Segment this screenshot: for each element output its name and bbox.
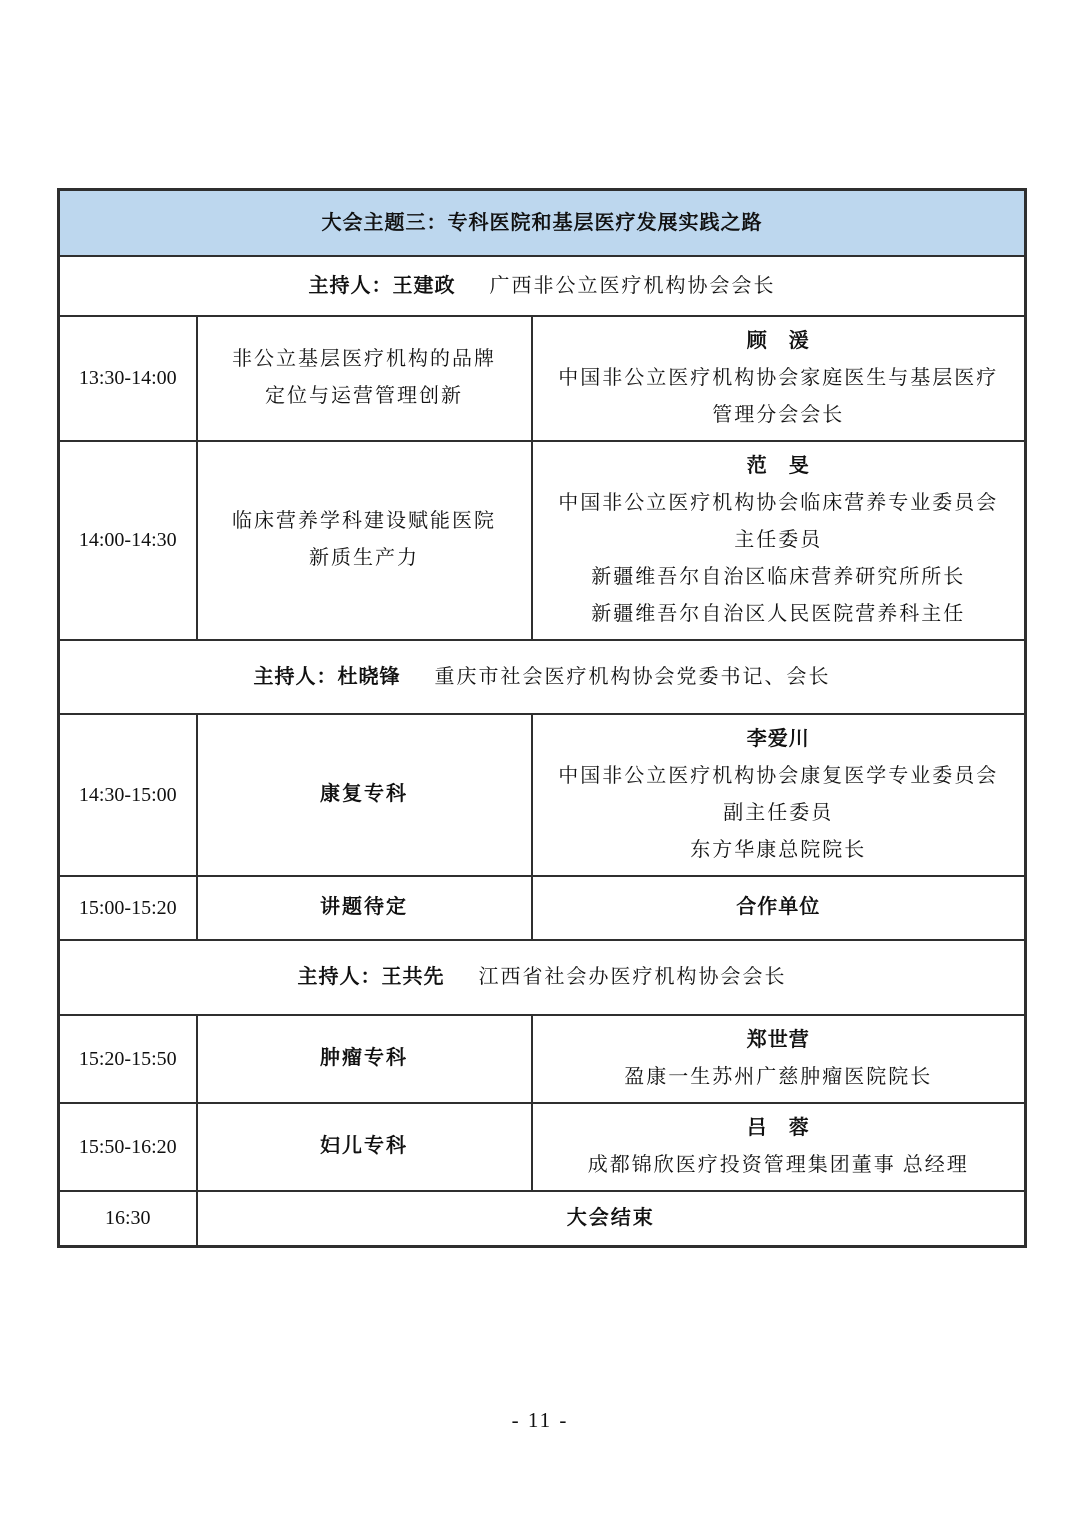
page-number: - 11 - bbox=[0, 1408, 1080, 1433]
topic-line: 临床营养学科建设赋能医院 bbox=[208, 503, 521, 540]
speaker-name: 范 旻 bbox=[543, 448, 1015, 485]
table-row-session: 15:00-15:20讲题待定合作单位 bbox=[59, 876, 1026, 940]
moderator-affiliation: 江西省社会办医疗机构协会会长 bbox=[479, 959, 787, 995]
speaker-cell: 范 旻中国非公立医疗机构协会临床营养专业委员会主任委员新疆维吾尔自治区临床营养研… bbox=[532, 441, 1026, 640]
time-cell: 14:00-14:30 bbox=[59, 441, 197, 640]
speaker-cell: 合作单位 bbox=[532, 876, 1026, 940]
speaker-affiliation-line: 东方华康总院院长 bbox=[543, 832, 1015, 869]
speaker-name: 郑世营 bbox=[543, 1022, 1015, 1059]
time-cell: 13:30-14:00 bbox=[59, 316, 197, 441]
moderator-cell: 主持人：王共先江西省社会办医疗机构协会会长 bbox=[59, 940, 1026, 1015]
speaker-affiliation-line: 成都锦欣医疗投资管理集团董事 总经理 bbox=[543, 1147, 1015, 1184]
speaker-cell: 李爱川中国非公立医疗机构协会康复医学专业委员会副主任委员东方华康总院院长 bbox=[532, 714, 1026, 876]
moderator-cell: 主持人：杜晓锋重庆市社会医疗机构协会党委书记、会长 bbox=[59, 640, 1026, 714]
document-page: 大会主题三：专科医院和基层医疗发展实践之路主持人：王建政广西非公立医疗机构协会会… bbox=[0, 0, 1080, 1527]
table-row-session: 13:30-14:00非公立基层医疗机构的品牌定位与运营管理创新顾 湲中国非公立… bbox=[59, 316, 1026, 441]
speaker-cell: 顾 湲中国非公立医疗机构协会家庭医生与基层医疗管理分会会长 bbox=[532, 316, 1026, 441]
table-row-session: 15:20-15:50肿瘤专科郑世营盈康一生苏州广慈肿瘤医院院长 bbox=[59, 1015, 1026, 1103]
moderator-line: 主持人：王建政广西非公立医疗机构协会会长 bbox=[70, 268, 1014, 304]
table-row-moderator: 主持人：王建政广西非公立医疗机构协会会长 bbox=[59, 256, 1026, 316]
moderator-name: 主持人：杜晓锋 bbox=[254, 659, 401, 695]
agenda-title-text: 大会主题三：专科医院和基层医疗发展实践之路 bbox=[70, 205, 1014, 241]
topic-line: 定位与运营管理创新 bbox=[208, 378, 521, 415]
speaker-affiliation-line: 新疆维吾尔自治区临床营养研究所所长 bbox=[543, 559, 1015, 596]
topic-cell: 妇儿专科 bbox=[197, 1103, 532, 1191]
moderator-affiliation: 重庆市社会医疗机构协会党委书记、会长 bbox=[435, 659, 831, 695]
table-row-moderator: 主持人：王共先江西省社会办医疗机构协会会长 bbox=[59, 940, 1026, 1015]
speaker-affiliation-line: 管理分会会长 bbox=[543, 397, 1015, 434]
moderator-name: 主持人：王建政 bbox=[309, 268, 456, 304]
table-row-end: 16:30大会结束 bbox=[59, 1191, 1026, 1247]
moderator-name: 主持人：王共先 bbox=[298, 959, 445, 995]
agenda-table: 大会主题三：专科医院和基层医疗发展实践之路主持人：王建政广西非公立医疗机构协会会… bbox=[57, 188, 1027, 1248]
topic-line: 非公立基层医疗机构的品牌 bbox=[208, 341, 521, 378]
time-cell: 15:00-15:20 bbox=[59, 876, 197, 940]
agenda-title-cell: 大会主题三：专科医院和基层医疗发展实践之路 bbox=[59, 190, 1026, 256]
speaker-name: 合作单位 bbox=[543, 889, 1015, 926]
topic-line: 讲题待定 bbox=[208, 889, 521, 926]
speaker-cell: 吕 蓉成都锦欣医疗投资管理集团董事 总经理 bbox=[532, 1103, 1026, 1191]
table-row-session: 14:00-14:30临床营养学科建设赋能医院新质生产力范 旻中国非公立医疗机构… bbox=[59, 441, 1026, 640]
table-row-moderator: 主持人：杜晓锋重庆市社会医疗机构协会党委书记、会长 bbox=[59, 640, 1026, 714]
topic-cell: 临床营养学科建设赋能医院新质生产力 bbox=[197, 441, 532, 640]
topic-cell: 康复专科 bbox=[197, 714, 532, 876]
table-row-title: 大会主题三：专科医院和基层医疗发展实践之路 bbox=[59, 190, 1026, 256]
topic-line: 肿瘤专科 bbox=[208, 1040, 521, 1077]
moderator-affiliation: 广西非公立医疗机构协会会长 bbox=[490, 268, 776, 304]
speaker-affiliation-line: 中国非公立医疗机构协会家庭医生与基层医疗 bbox=[543, 360, 1015, 397]
moderator-line: 主持人：王共先江西省社会办医疗机构协会会长 bbox=[70, 959, 1014, 995]
topic-line: 妇儿专科 bbox=[208, 1128, 521, 1165]
speaker-affiliation-line: 主任委员 bbox=[543, 522, 1015, 559]
speaker-affiliation-line: 副主任委员 bbox=[543, 795, 1015, 832]
time-cell: 16:30 bbox=[59, 1191, 197, 1247]
time-cell: 15:20-15:50 bbox=[59, 1015, 197, 1103]
topic-cell: 肿瘤专科 bbox=[197, 1015, 532, 1103]
speaker-cell: 郑世营盈康一生苏州广慈肿瘤医院院长 bbox=[532, 1015, 1026, 1103]
topic-line: 康复专科 bbox=[208, 776, 521, 813]
topic-line: 新质生产力 bbox=[208, 540, 521, 577]
time-cell: 14:30-15:00 bbox=[59, 714, 197, 876]
moderator-cell: 主持人：王建政广西非公立医疗机构协会会长 bbox=[59, 256, 1026, 316]
conference-end-cell: 大会结束 bbox=[197, 1191, 1026, 1247]
moderator-line: 主持人：杜晓锋重庆市社会医疗机构协会党委书记、会长 bbox=[70, 659, 1014, 695]
speaker-name: 顾 湲 bbox=[543, 323, 1015, 360]
time-cell: 15:50-16:20 bbox=[59, 1103, 197, 1191]
speaker-affiliation-line: 中国非公立医疗机构协会康复医学专业委员会 bbox=[543, 758, 1015, 795]
speaker-affiliation-line: 盈康一生苏州广慈肿瘤医院院长 bbox=[543, 1059, 1015, 1096]
table-row-session: 15:50-16:20妇儿专科吕 蓉成都锦欣医疗投资管理集团董事 总经理 bbox=[59, 1103, 1026, 1191]
speaker-affiliation-line: 中国非公立医疗机构协会临床营养专业委员会 bbox=[543, 485, 1015, 522]
table-row-session: 14:30-15:00康复专科李爱川中国非公立医疗机构协会康复医学专业委员会副主… bbox=[59, 714, 1026, 876]
speaker-affiliation-line: 新疆维吾尔自治区人民医院营养科主任 bbox=[543, 596, 1015, 633]
speaker-name: 吕 蓉 bbox=[543, 1110, 1015, 1147]
topic-cell: 讲题待定 bbox=[197, 876, 532, 940]
speaker-name: 李爱川 bbox=[543, 721, 1015, 758]
topic-cell: 非公立基层医疗机构的品牌定位与运营管理创新 bbox=[197, 316, 532, 441]
